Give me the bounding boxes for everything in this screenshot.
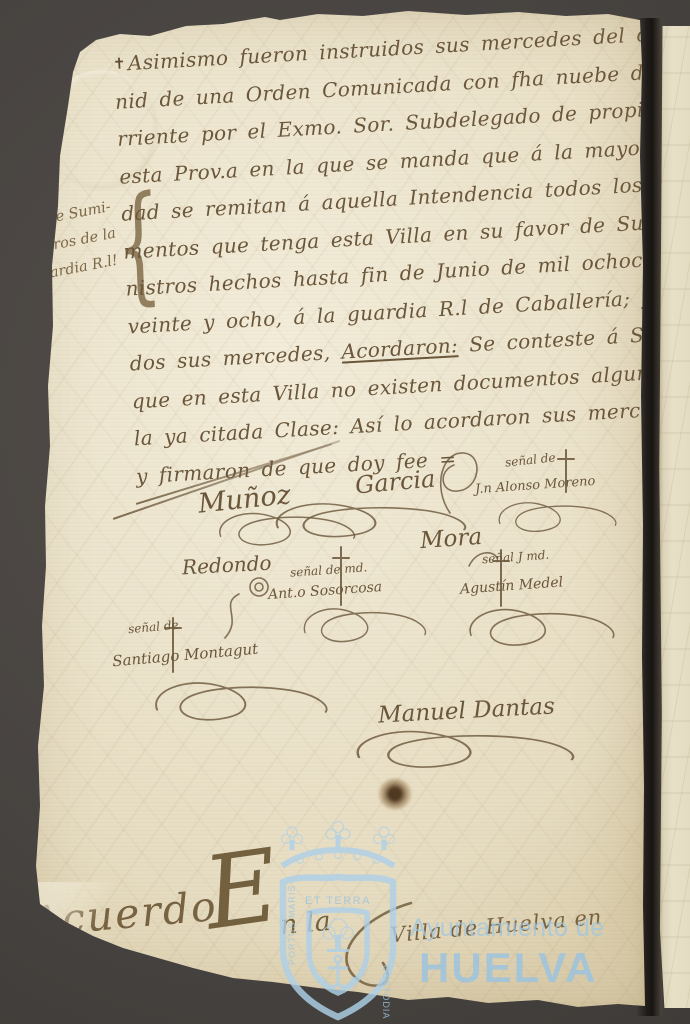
pen-flourish-icon (331, 897, 419, 1001)
closing-capital: E (198, 835, 284, 944)
signature-rubric-icon (495, 495, 625, 537)
signature-rubric-icon (300, 600, 435, 648)
ink-stain (378, 778, 412, 810)
signature-senal4-name: Santiago Montagut (111, 640, 258, 671)
signature-rubric-icon (150, 673, 340, 727)
body-line-text: dos sus mercedes, (129, 340, 342, 376)
archive-photo: { "colors":{"background":"#46413d","pape… (0, 0, 690, 1024)
body-text: ✝Asimismo fueron instruidos sus mercedes… (112, 15, 684, 495)
underlined-word: Acordaron: (341, 333, 459, 363)
signature-senal2-label: señal de md. (290, 560, 368, 579)
signature-rubric-icon (350, 722, 590, 774)
signature-rubric-icon (465, 600, 625, 652)
next-page-sliver (658, 26, 690, 1008)
signature-rubric-icon (215, 590, 245, 642)
next-page-faint-text (658, 26, 690, 1008)
scribal-cross-icon: ✝ (113, 54, 127, 73)
closing-joiner: n la (279, 906, 332, 941)
body-line-text: Se conteste á S.E. (457, 321, 672, 357)
manuscript-page: { Sobre Sumi- nistros de la guardia R.l!… (18, 6, 648, 1014)
closing-place: Villa de Huelva en (389, 905, 603, 947)
